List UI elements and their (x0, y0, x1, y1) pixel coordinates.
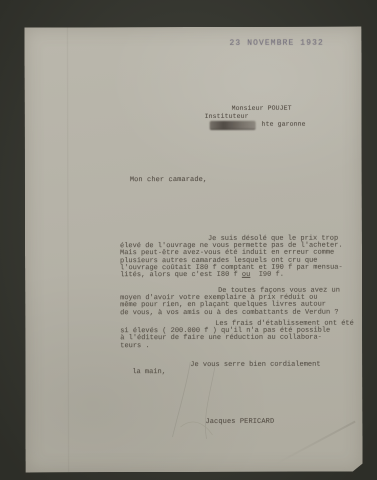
recipient-department: hte garonne (262, 121, 306, 129)
scanned-letter-background: 23 NOVEMBRE 1932 Monsieur POUJET Institu… (0, 0, 377, 480)
signature: Jacques PERICARD (205, 419, 274, 426)
date-stamp: 23 NOVEMBRE 1932 (229, 40, 323, 47)
paper-crease-vertical (66, 27, 69, 472)
paragraph-3: Les frais d'établissement ont été si éle… (120, 321, 365, 350)
paragraph-1: Je suis désolé que le prix trop élevé de… (120, 236, 365, 280)
letter-paper: 23 NOVEMBRE 1932 Monsieur POUJET Institu… (24, 27, 362, 473)
body-line: de vous, à vos amis ou à des combattants… (120, 309, 365, 317)
body-line-with-underline: lités, alors que c'est I80 f ou I90 f. (120, 272, 365, 280)
paragraph-2: De toutes façons vous avez un moyen d'av… (120, 288, 365, 317)
line-segment: I90 f. (250, 271, 284, 279)
smudged-place-stamp (210, 121, 256, 130)
recipient-name: Monsieur POUJET (232, 105, 292, 113)
body-line: teurs . (120, 342, 365, 350)
recipient-title: Instituteur (205, 113, 249, 121)
line-segment: lités, alors que c'est I80 f (120, 271, 242, 279)
paper-crease-corner (275, 421, 355, 465)
salutation: Mon cher camarade, (130, 177, 207, 184)
faint-pencil-mark (120, 357, 280, 447)
underlined-word: ou (242, 271, 250, 279)
